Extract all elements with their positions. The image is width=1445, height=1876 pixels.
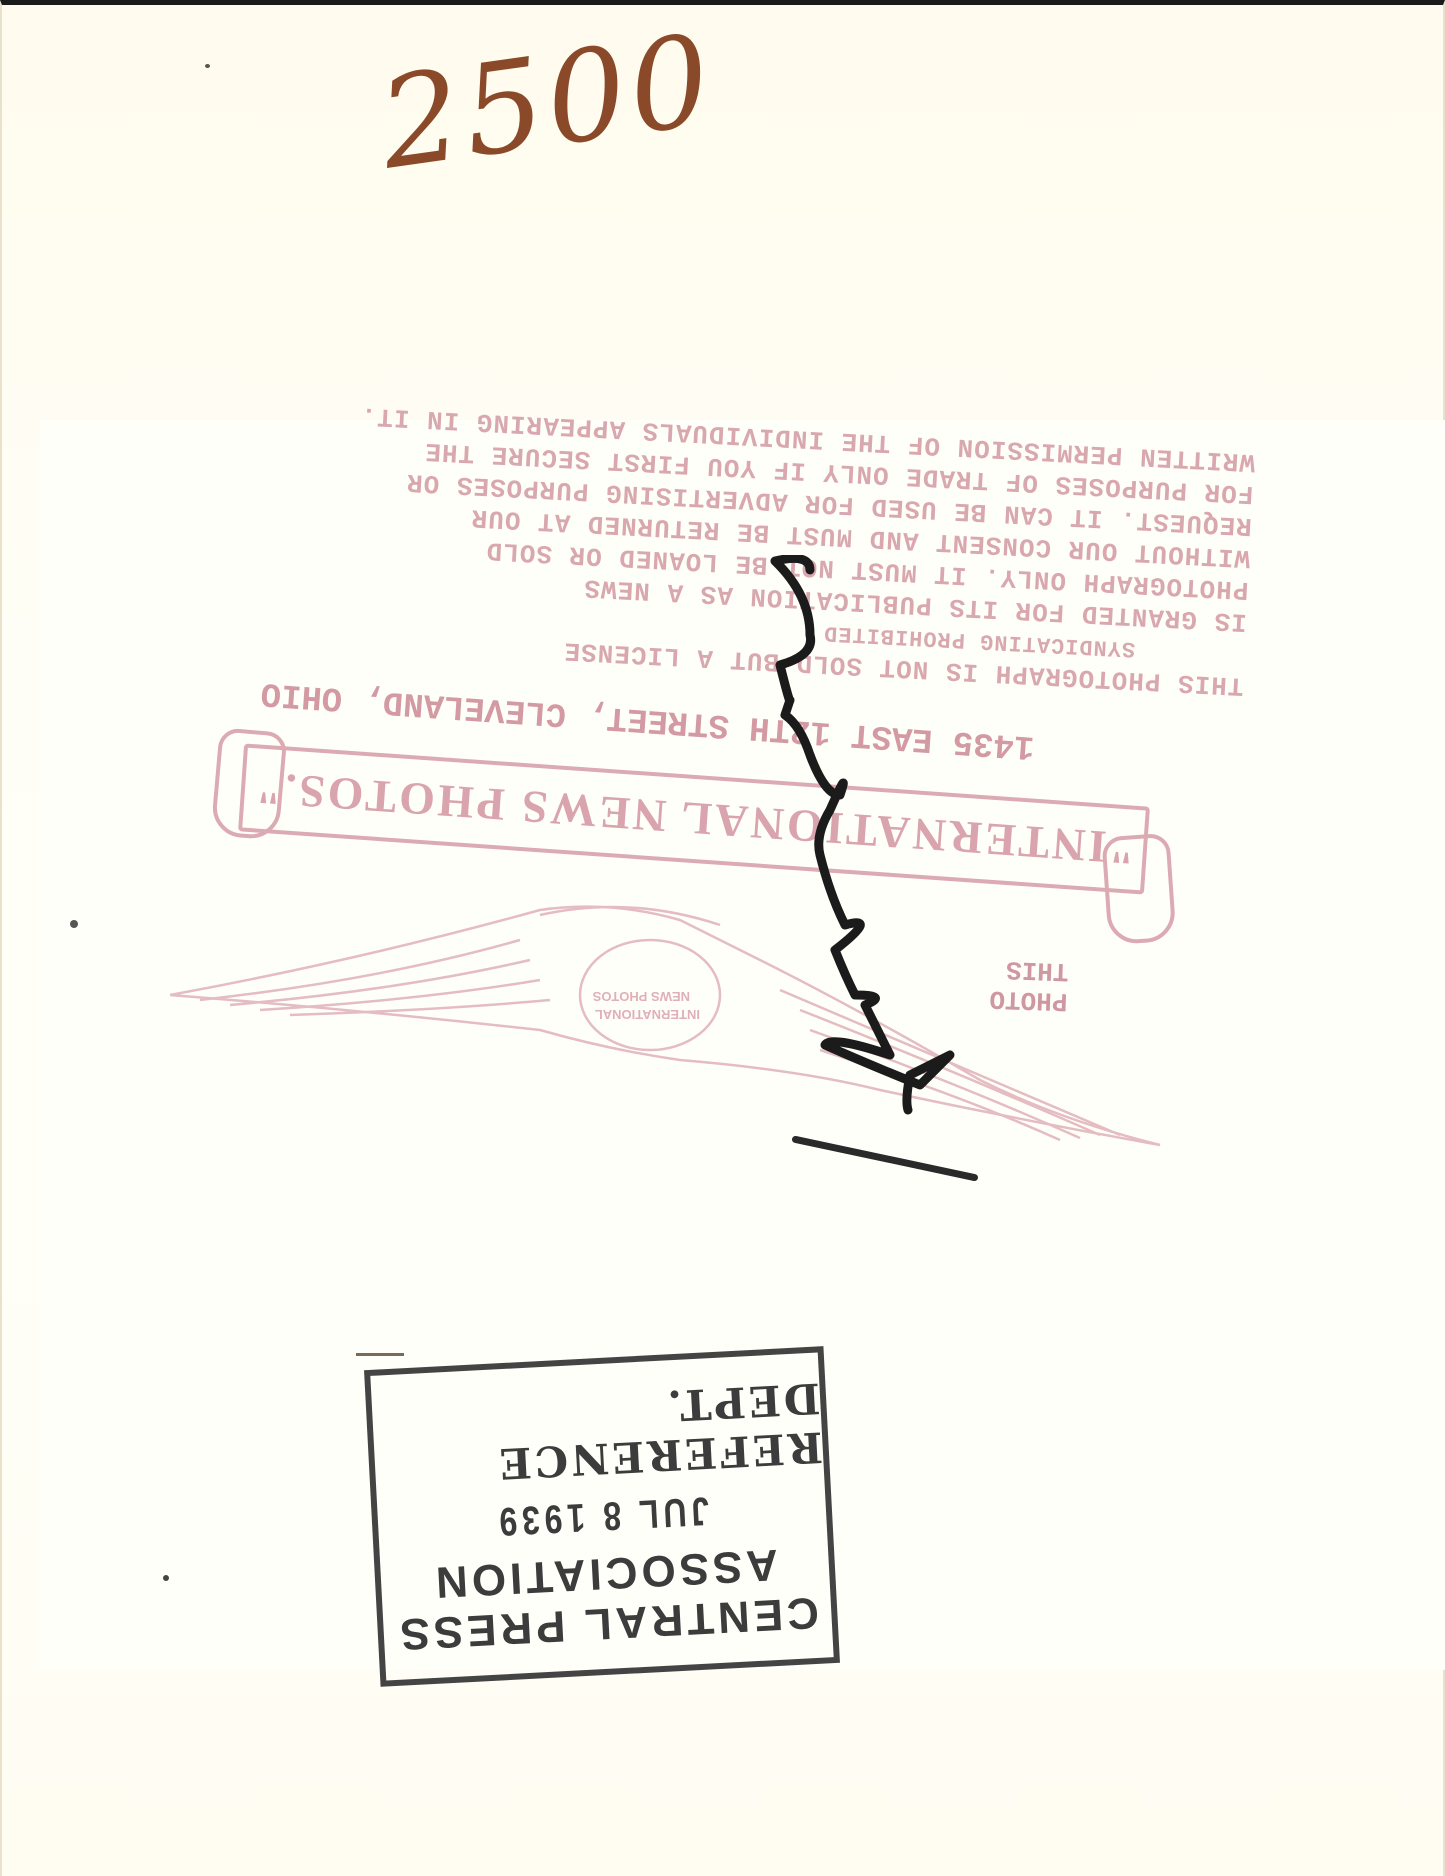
ins-rights-text: THIS PHOTOGRAPH IS NOT SOLD BUT A LICENS…: [244, 394, 1256, 702]
eagle-text-line1: INTERNATIONAL: [595, 1007, 700, 1022]
speck: [205, 64, 210, 68]
speck: [70, 920, 78, 928]
cpa-date: JUL 8 1939: [494, 1487, 711, 1543]
eagle-text-line2: NEWS PHOTOS: [592, 989, 690, 1004]
pencil-signature: [770, 555, 990, 1135]
cpa-reference-stamp: CENTRAL PRESS ASSOCIATION JUL 8 1939 REF…: [364, 1346, 840, 1687]
cpa-dept: REFERENCE DEPT.: [371, 1373, 824, 1494]
pencil-mark: [356, 1353, 404, 1356]
eagle-emblem-icon: INTERNATIONAL NEWS PHOTOS: [160, 900, 1170, 1160]
speck: [163, 1575, 169, 1581]
scroll-end-left-icon: [210, 727, 287, 841]
